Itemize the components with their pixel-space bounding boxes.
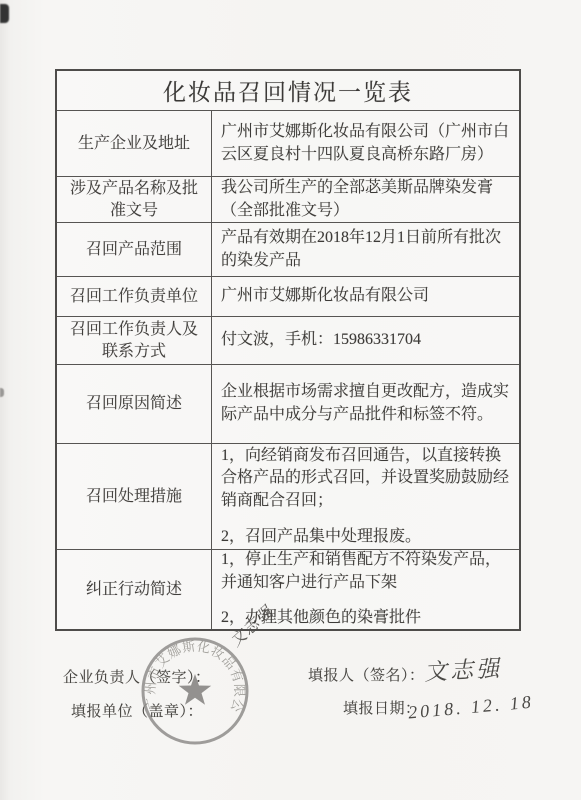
form-title-row: 化妆品召回情况一览表 bbox=[57, 71, 519, 110]
scan-artifact-edge bbox=[0, 388, 4, 397]
row-label-producer: 生产企业及地址 bbox=[57, 111, 212, 176]
table-row: 纠正行动简述 1，停止生产和销售配方不符染发产品，并通知客户进行产品下架 2，办… bbox=[57, 549, 519, 629]
filler-signature-handwriting: 文志强 bbox=[423, 650, 503, 687]
table-row: 召回工作负责人及联系方式 付文波，手机：15986331704 bbox=[57, 316, 519, 364]
row-value-products: 我公司所生产的全部苾美斯品牌染发膏（全部批准文号） bbox=[212, 177, 519, 222]
report-date-handwriting: 2018. 12. 18 bbox=[407, 692, 534, 724]
scan-artifact-corner bbox=[0, 4, 9, 23]
row-label-products: 涉及产品名称及批准文号 bbox=[57, 177, 212, 222]
company-seal-stamp: 广州市艾娜斯化妆品有限公司 bbox=[138, 633, 252, 749]
table-row: 召回工作负责单位 广州市艾娜斯化妆品有限公司 bbox=[57, 276, 519, 316]
table-row: 召回原因简述 企业根据市场需求擅自更改配方，造成实际产品中成分与产品批件和标签不… bbox=[57, 364, 519, 443]
row-value-unit: 广州市艾娜斯化妆品有限公司 bbox=[212, 277, 519, 316]
recall-form-table: 化妆品召回情况一览表 生产企业及地址 广州市艾娜斯化妆品有限公司（广州市白云区夏… bbox=[55, 69, 521, 631]
corrective-line-1: 1，停止生产和销售配方不符染发产品，并通知客户进行产品下架 bbox=[221, 549, 509, 594]
stamp-company-text: 广州市艾娜斯化妆品有限公司 bbox=[138, 633, 247, 714]
row-label-reason: 召回原因简述 bbox=[57, 365, 212, 443]
table-row: 召回处理措施 1，向经销商发布召回通告，以直接转换合格产品的形式召回，并设置奖励… bbox=[57, 443, 519, 549]
table-row: 涉及产品名称及批准文号 我公司所生产的全部苾美斯品牌染发膏（全部批准文号） bbox=[57, 176, 519, 222]
row-label-contact: 召回工作负责人及联系方式 bbox=[57, 317, 212, 364]
row-label-scope: 召回产品范围 bbox=[57, 223, 212, 276]
row-value-reason: 企业根据市场需求擅自更改配方，造成实际产品中成分与产品批件和标签不符。 bbox=[212, 365, 519, 443]
filler-label: 填报人（签名）： bbox=[308, 664, 425, 685]
row-value-producer: 广州市艾娜斯化妆品有限公司（广州市白云区夏良村十四队夏良高桥东路厂房） bbox=[212, 111, 519, 176]
row-label-measures: 召回处理措施 bbox=[57, 444, 212, 549]
measure-line-2: 2，召回产品集中处理报废。 bbox=[221, 526, 509, 549]
table-row: 召回产品范围 产品有效期在2018年12月1日前所有批次的染发产品 bbox=[57, 222, 519, 276]
table-row: 生产企业及地址 广州市艾娜斯化妆品有限公司（广州市白云区夏良村十四队夏良高桥东路… bbox=[57, 110, 519, 176]
form-title: 化妆品召回情况一览表 bbox=[163, 74, 413, 107]
measure-line-1: 1，向经销商发布召回通告，以直接转换合格产品的形式召回，并设置奖励鼓励经销商配合… bbox=[221, 445, 509, 513]
row-label-unit: 召回工作负责单位 bbox=[57, 277, 212, 316]
row-label-corrective: 纠正行动简述 bbox=[57, 550, 212, 629]
stamp-star-icon bbox=[179, 674, 211, 705]
scanned-recall-form: { "document": { "title": "化妆品召回情况一览表", "… bbox=[0, 0, 581, 800]
row-value-measures: 1，向经销商发布召回通告，以直接转换合格产品的形式召回，并设置奖励鼓励经销商配合… bbox=[212, 444, 519, 549]
row-value-contact: 付文波，手机：15986331704 bbox=[212, 317, 519, 364]
row-value-scope: 产品有效期在2018年12月1日前所有批次的染发产品 bbox=[212, 223, 519, 276]
stamp-text-curve: 广州市艾娜斯化妆品有限公司 bbox=[138, 633, 247, 714]
